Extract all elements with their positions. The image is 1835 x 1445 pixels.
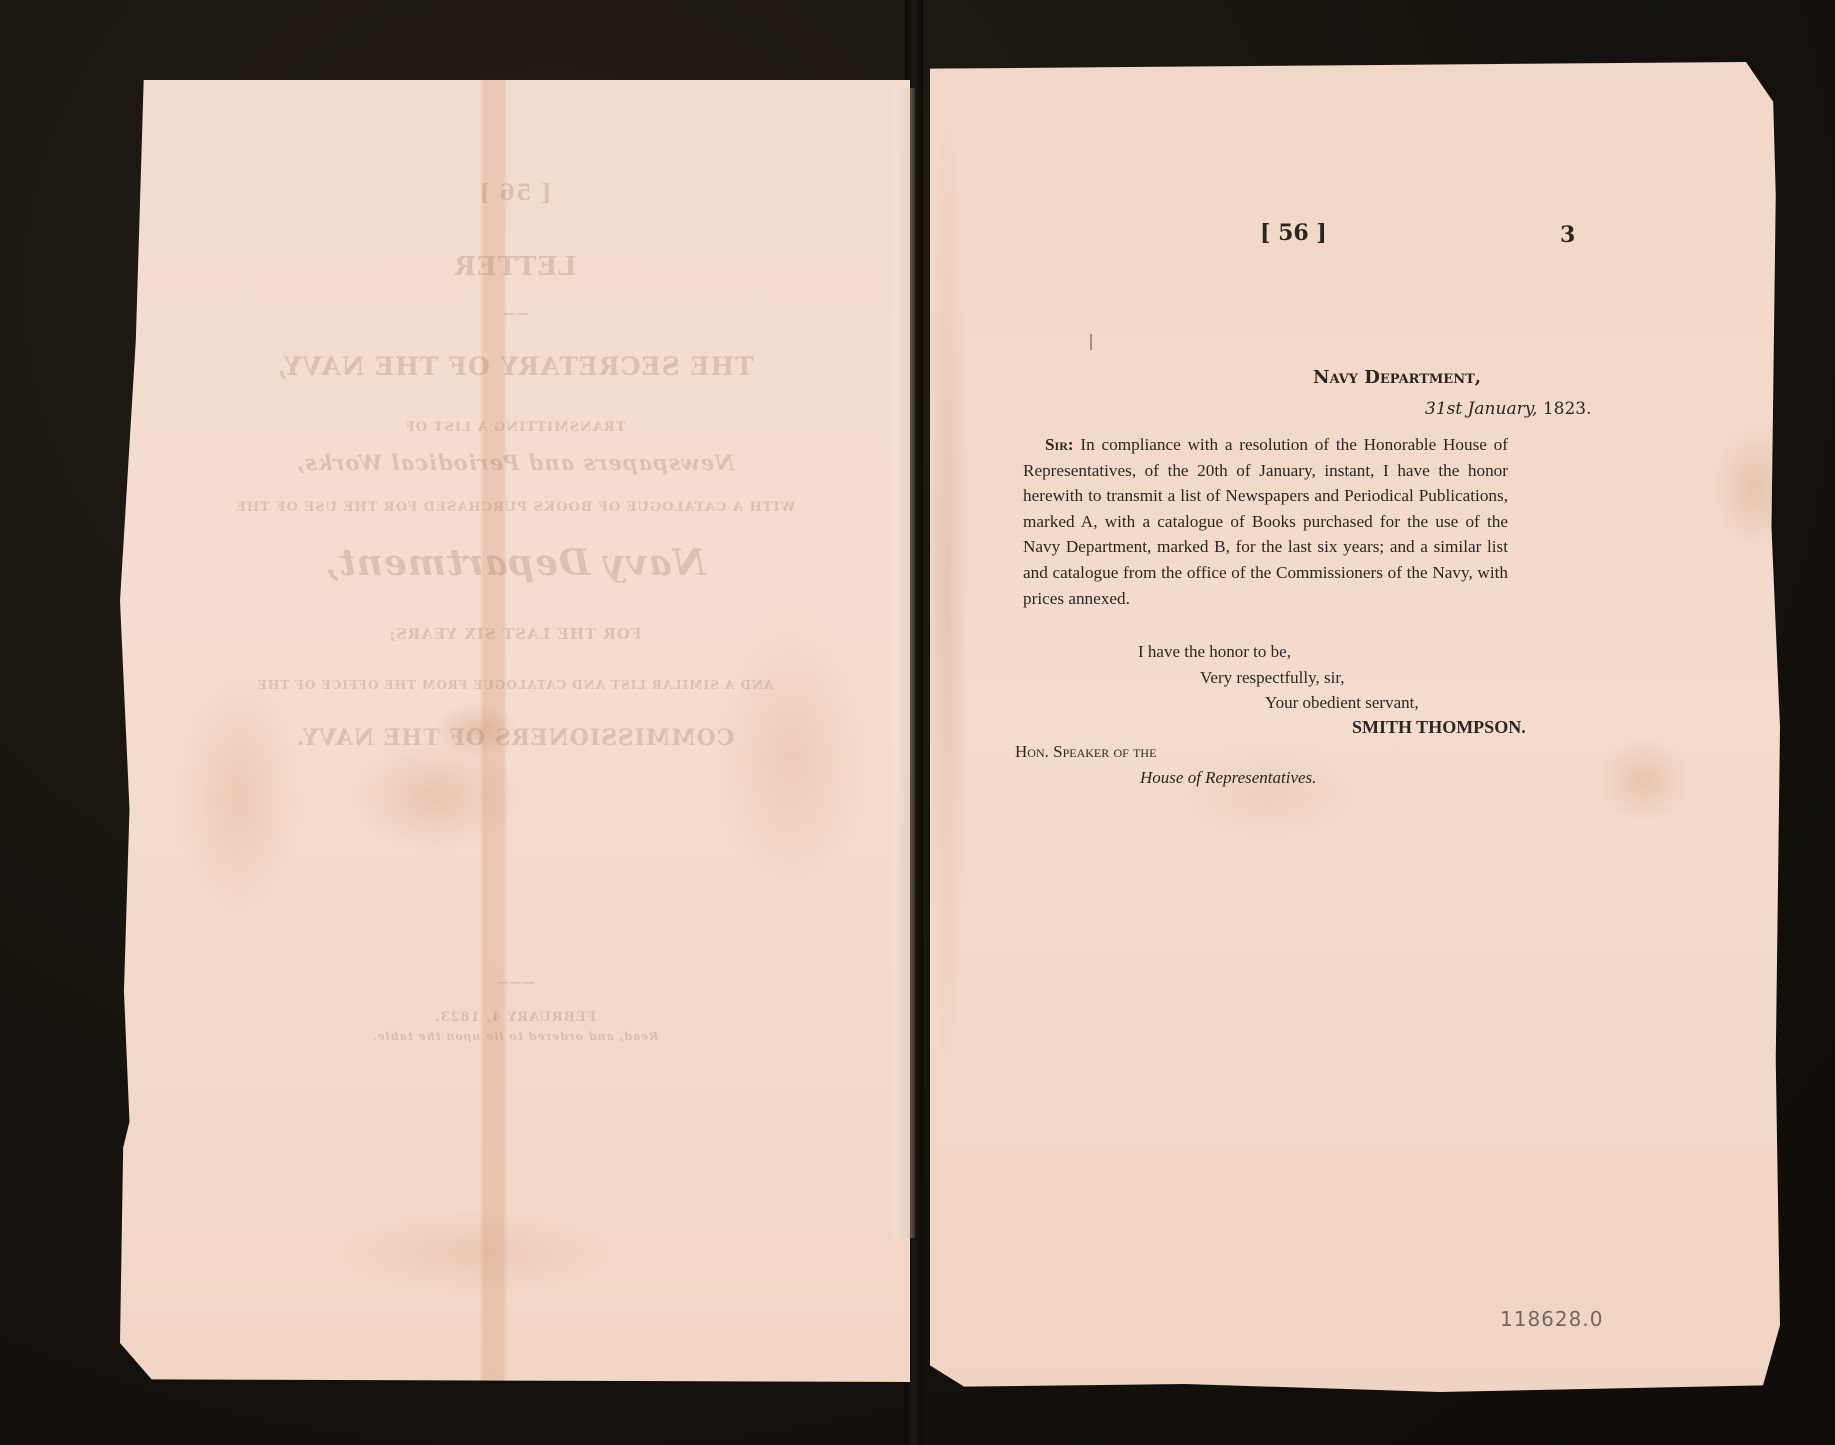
bleed-folio: [ 56 ] bbox=[120, 180, 910, 206]
folio-number: [ 56 ] bbox=[1260, 220, 1327, 246]
addressee-line: Hon. Speaker of the bbox=[1015, 742, 1156, 762]
bleed-line: TRANSMITTING A LIST OF bbox=[120, 420, 910, 435]
date-ordinal: 31st bbox=[1425, 399, 1462, 419]
bleed-line: WITH A CATALOGUE OF BOOKS PURCHASED FOR … bbox=[120, 500, 910, 515]
salutation: Sir: bbox=[1045, 435, 1074, 454]
letter-heading: Navy Department, bbox=[1313, 367, 1481, 388]
handwritten-catalog-number: 118628.0 bbox=[1500, 1307, 1603, 1331]
bleed-line: COMMISSIONERS OF THE NAVY. bbox=[120, 725, 910, 751]
closing-line: I have the honor to be, bbox=[1138, 642, 1291, 662]
page-number: 3 bbox=[1560, 222, 1575, 248]
closing-line: Very respectfully, sir, bbox=[1200, 668, 1345, 688]
bleed-title: LETTER bbox=[120, 252, 910, 282]
signature: SMITH THOMPSON. bbox=[1352, 717, 1526, 738]
bleed-rule: —— bbox=[120, 306, 910, 320]
letter-body: Sir: In compliance with a resolution of … bbox=[1023, 432, 1508, 611]
left-page: [ 56 ] LETTER —— THE SECRETARY OF THE NA… bbox=[120, 80, 910, 1382]
bleed-line: FOR THE LAST SIX YEARS; bbox=[120, 625, 910, 643]
closing-line: Your obedient servant, bbox=[1265, 693, 1419, 713]
gutter-fold bbox=[893, 88, 915, 1238]
bleed-line: Read, and ordered to lie upon the table. bbox=[120, 1030, 910, 1043]
right-page: [ 56 ] 3 Navy Department, 31st January, … bbox=[930, 62, 1780, 1392]
bleed-line: FEBRUARY 4, 1823. bbox=[120, 1010, 910, 1025]
bleed-rule: ——— bbox=[120, 975, 910, 989]
addressee-line: House of Representatives. bbox=[1140, 768, 1316, 788]
letter-date: 31st January, 1823. bbox=[1425, 399, 1592, 419]
bleed-line: THE SECRETARY OF THE NAVY, bbox=[120, 352, 910, 381]
date-month: January, bbox=[1468, 399, 1538, 419]
body-paragraph: In compliance with a resolution of the H… bbox=[1023, 435, 1508, 608]
date-year: 1823. bbox=[1543, 399, 1592, 419]
bleed-line: Newspapers and Periodical Works, bbox=[120, 450, 910, 475]
pencil-mark bbox=[1090, 334, 1092, 350]
bleed-line: AND A SIMILAR LIST AND CATALOGUE FROM TH… bbox=[120, 678, 910, 692]
bleed-line: Navy Department, bbox=[120, 542, 910, 584]
